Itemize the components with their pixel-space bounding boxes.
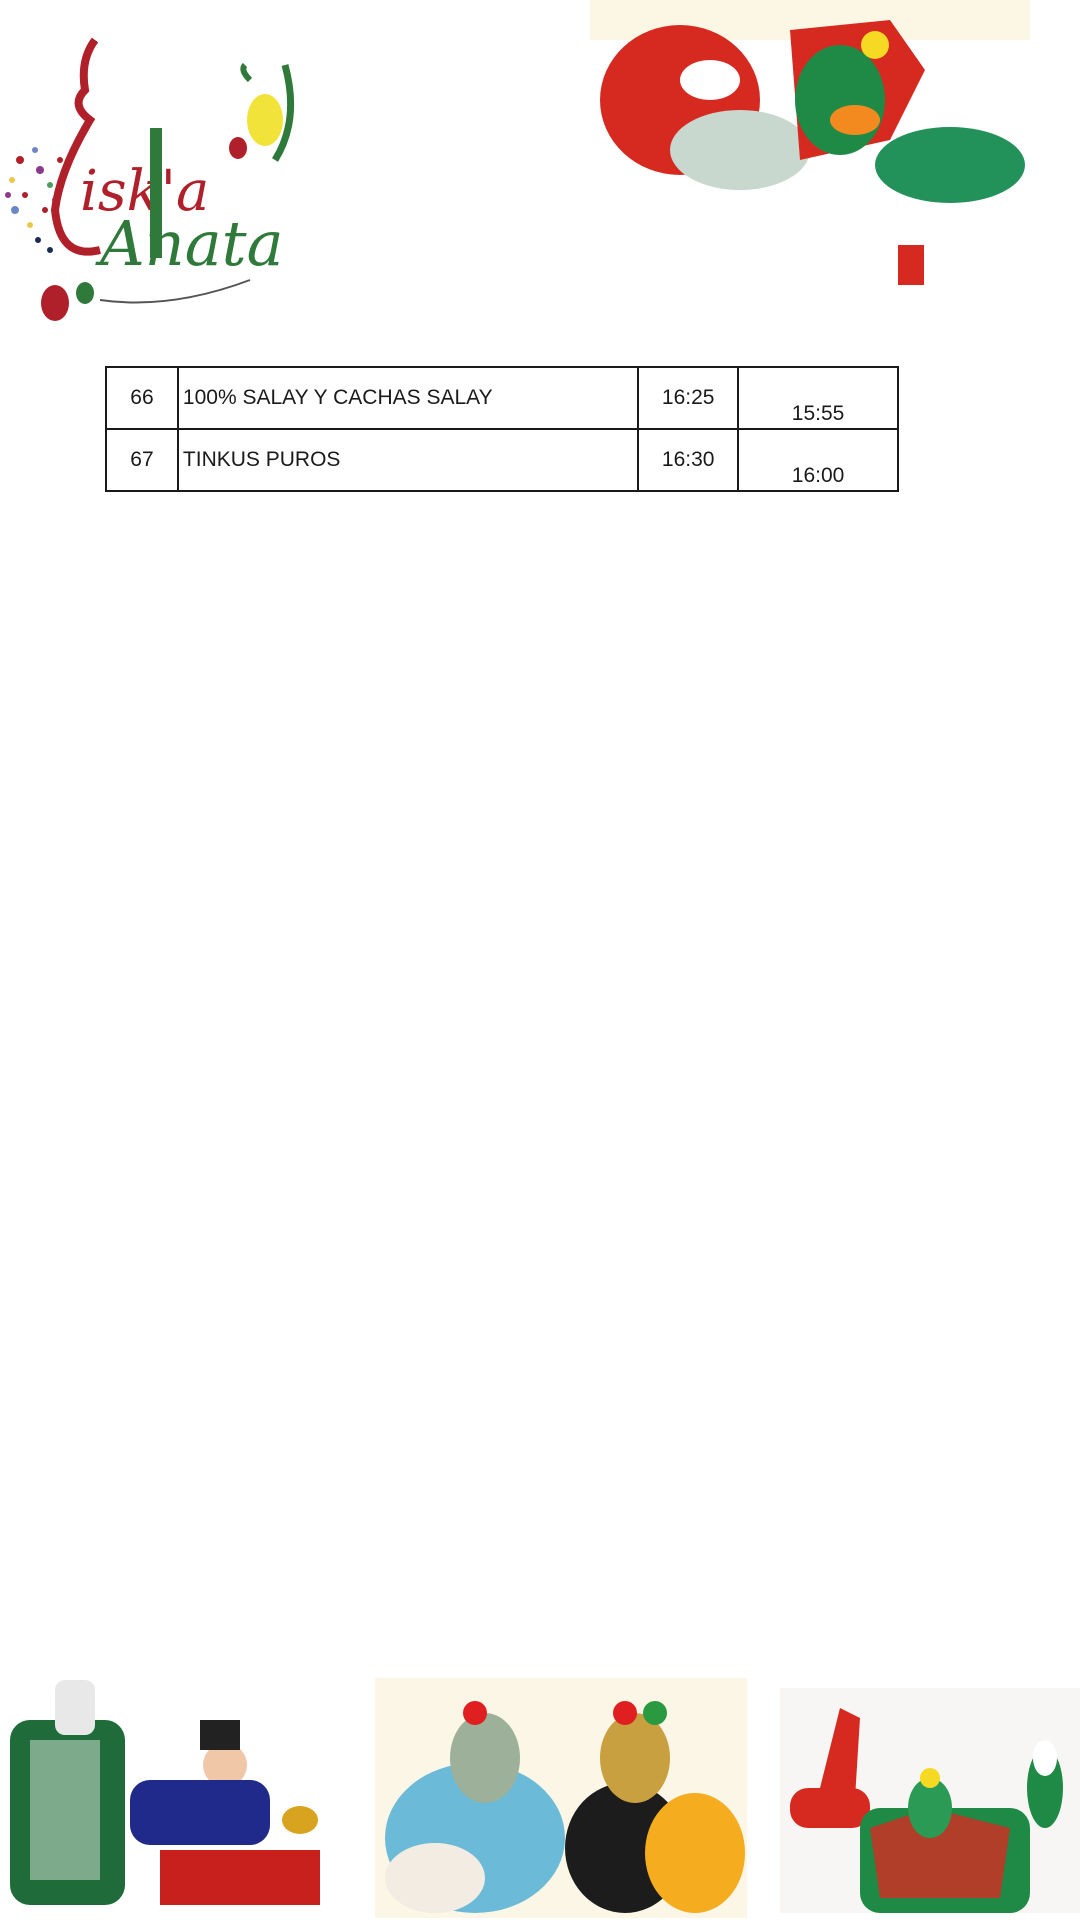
time-b: 15:55 — [738, 367, 898, 429]
schedule-table: 66 100% SALAY Y CACHAS SALAY 16:25 15:55… — [105, 366, 899, 492]
two-masked-pepinos-image — [375, 1678, 747, 1918]
table-row: 67 TINKUS PUROS 16:30 16:00 — [106, 429, 898, 491]
jiska-anata-logo: isk'a Anata — [0, 10, 300, 325]
time-a: 16:25 — [638, 367, 738, 429]
time-a: 16:30 — [638, 429, 738, 491]
svg-text:Anata: Anata — [95, 207, 284, 280]
table-row: 66 100% SALAY Y CACHAS SALAY 16:25 15:55 — [106, 367, 898, 429]
pepino-waving-image — [780, 1688, 1080, 1913]
group-name: 100% SALAY Y CACHAS SALAY — [178, 367, 638, 429]
pepino-and-chola-dancers-image — [0, 1680, 340, 1910]
row-number: 66 — [106, 367, 178, 429]
row-number: 67 — [106, 429, 178, 491]
group-name: TINKUS PUROS — [178, 429, 638, 491]
time-b: 16:00 — [738, 429, 898, 491]
pepino-dancer-image — [590, 0, 1030, 300]
